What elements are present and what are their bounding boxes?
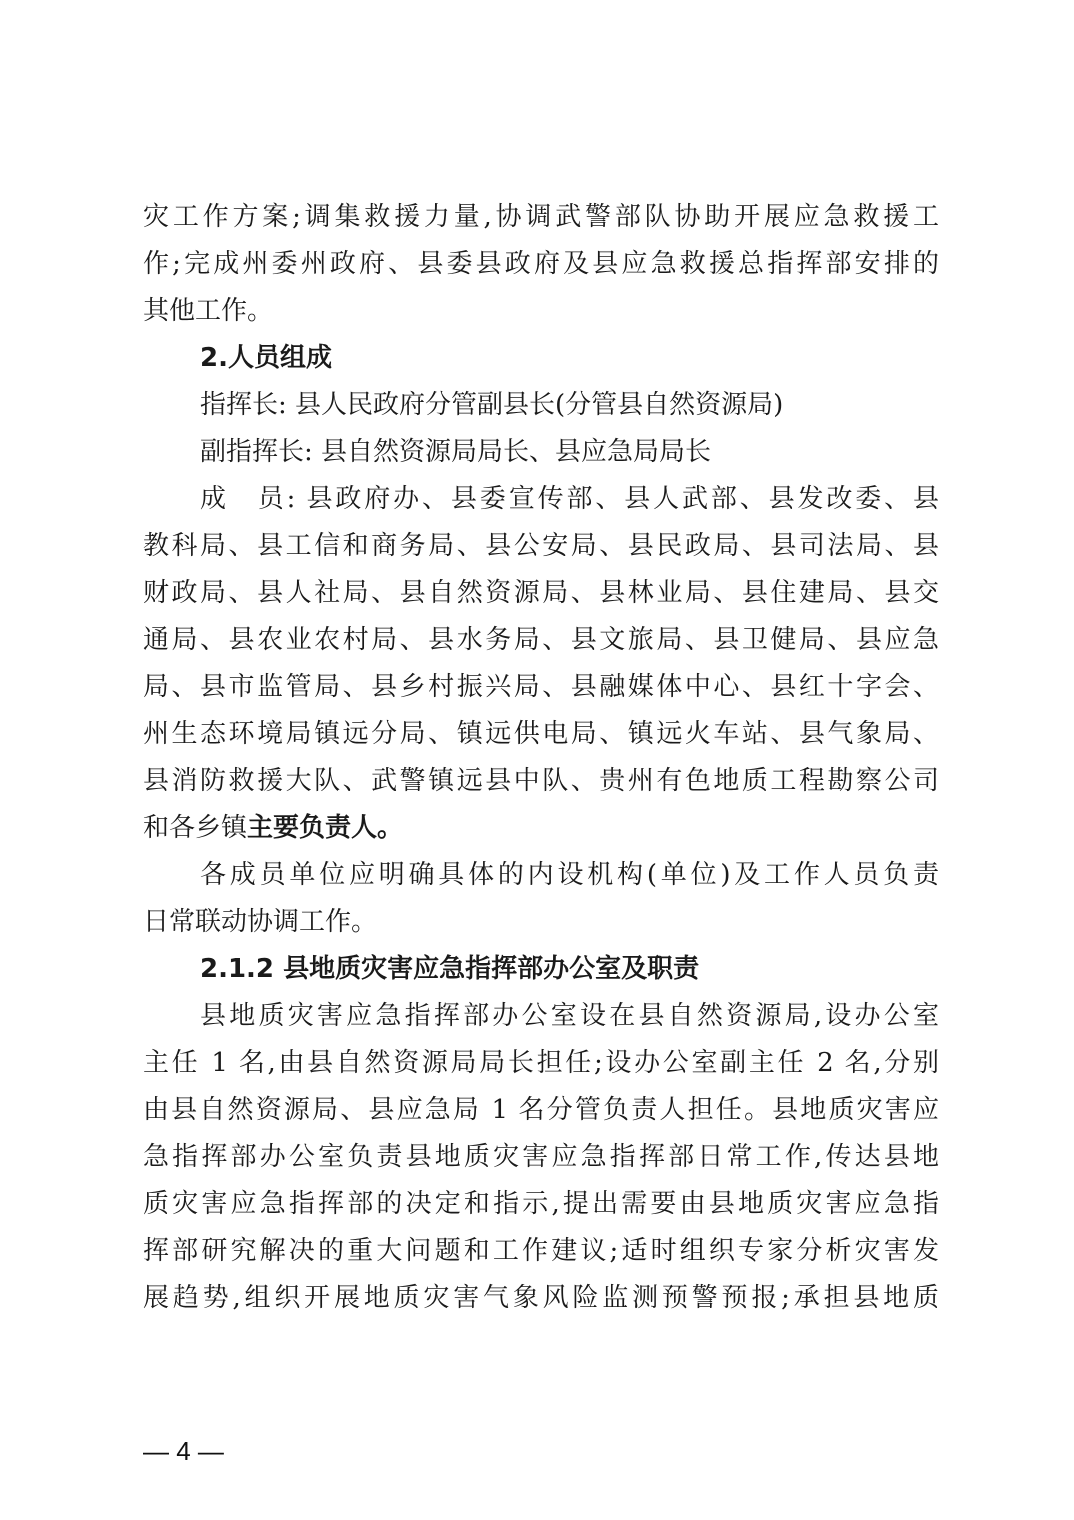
body-text-line: 挥部研究解决的重大问题和工作建议;适时组织专家分析灾害发 bbox=[143, 1228, 939, 1274]
body-text-line: 急指挥部办公室负责县地质灾害应急指挥部日常工作,传达县地 bbox=[143, 1134, 939, 1180]
members-line: 成 员: 县政府办、县委宣传部、县人武部、县发改委、县 bbox=[200, 476, 939, 522]
members-line: 局、县市监管局、县乡村振兴局、县融媒体中心、县红十字会、 bbox=[143, 664, 939, 710]
body-text-line: 质灾害应急指挥部的决定和指示,提出需要由县地质灾害应急指 bbox=[143, 1181, 939, 1227]
section-heading-personnel: 2.人员组成 bbox=[200, 335, 939, 381]
document-page: 灾工作方案;调集救援力量,协调武警部队协助开展应急救援工 作;完成州委州政府、县… bbox=[0, 0, 1074, 1520]
members-line-text: 和各乡镇 bbox=[143, 813, 247, 843]
body-text-line: 灾工作方案;调集救援力量,协调武警部队协助开展应急救援工 bbox=[143, 194, 939, 240]
body-text-line: 展趋势,组织开展地质灾害气象风险监测预警预报;承担县地质 bbox=[143, 1275, 939, 1321]
deputy-commander-line: 副指挥长: 县自然资源局局长、县应急局局长 bbox=[200, 429, 939, 475]
members-line: 财政局、县人社局、县自然资源局、县林业局、县住建局、县交 bbox=[143, 570, 939, 616]
body-text-line: 日常联动协调工作。 bbox=[143, 899, 939, 945]
members-line: 州生态环境局镇远分局、镇远供电局、镇远火车站、县气象局、 bbox=[143, 711, 939, 757]
body-text-line: 作;完成州委州政府、县委县政府及县应急救援总指挥部安排的 bbox=[143, 241, 939, 287]
members-line: 通局、县农业农村局、县水务局、县文旅局、县卫健局、县应急 bbox=[143, 617, 939, 663]
body-text-line: 县地质灾害应急指挥部办公室设在县自然资源局,设办公室 bbox=[200, 993, 939, 1039]
body-text-line: 其他工作。 bbox=[143, 288, 939, 334]
page-number: — 4 — bbox=[143, 1436, 224, 1466]
members-line: 县消防救援大队、武警镇远县中队、贵州有色地质工程勘察公司 bbox=[143, 758, 939, 804]
emphasis-text: 主要负责人。 bbox=[247, 813, 403, 843]
body-text-line: 各成员单位应明确具体的内设机构(单位)及工作人员负责 bbox=[200, 852, 939, 898]
commander-line: 指挥长: 县人民政府分管副县长(分管县自然资源局) bbox=[200, 382, 939, 428]
members-line-end: 和各乡镇主要负责人。 bbox=[143, 805, 939, 851]
body-text-line: 主任 1 名,由县自然资源局局长担任;设办公室副主任 2 名,分别 bbox=[143, 1040, 939, 1086]
body-text-line: 由县自然资源局、县应急局 1 名分管负责人担任。县地质灾害应 bbox=[143, 1087, 939, 1133]
members-line: 教科局、县工信和商务局、县公安局、县民政局、县司法局、县 bbox=[143, 523, 939, 569]
section-heading-office: 2.1.2 县地质灾害应急指挥部办公室及职责 bbox=[200, 946, 939, 992]
